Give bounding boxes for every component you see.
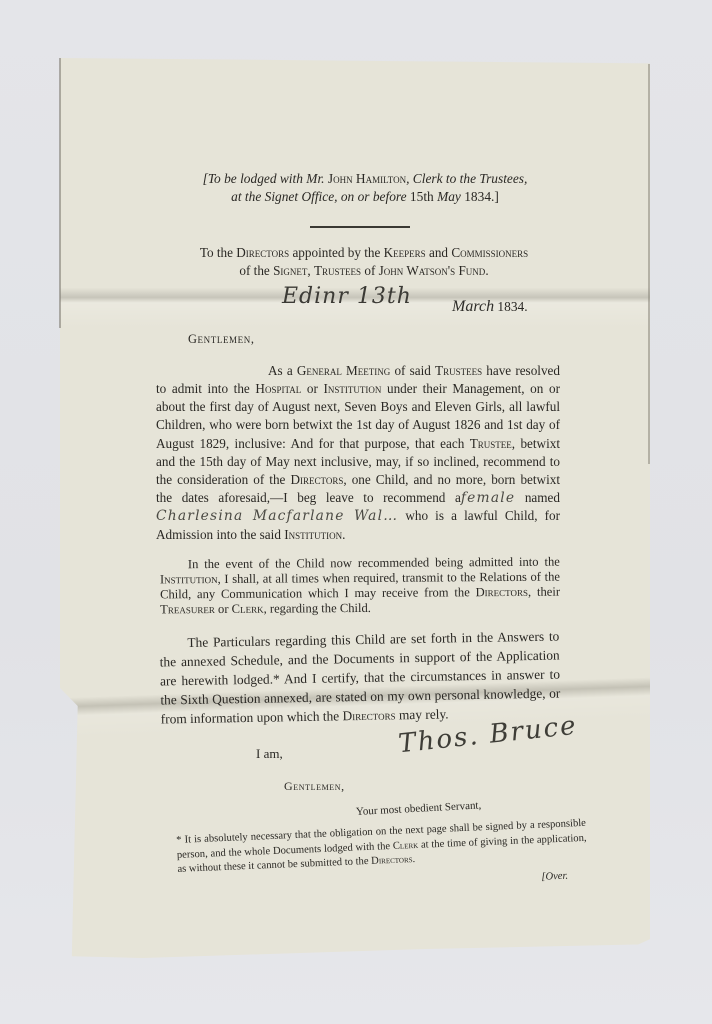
handwritten-child-name: Charlesina Macfarlane Wal…	[156, 508, 398, 524]
closing-servant: Your most obedient Servant,	[356, 792, 561, 821]
lodging-instruction: [To be lodged with Mr. John Hamilton, Cl…	[170, 170, 560, 206]
paper-edge-right	[648, 64, 650, 464]
clerk-name: John Hamilton	[328, 171, 406, 186]
handwritten-date: Edinr 13th	[282, 288, 412, 306]
printed-date: March 1834.	[452, 298, 528, 316]
divider-rule	[310, 226, 410, 228]
addressee: To the Directors appointed by the Keeper…	[168, 244, 560, 280]
paragraph-certification: The Particulars regarding this Child are…	[159, 626, 561, 728]
paper-edge-left	[59, 58, 61, 328]
salutation: Gentlemen,	[188, 330, 560, 348]
dateline: Edinr 13th March 1834.	[160, 294, 560, 330]
handwritten-gender: female	[461, 490, 515, 506]
closing-gentlemen: Gentlemen,	[284, 777, 560, 795]
paragraph-communication: In the event of the Child now recommende…	[160, 554, 560, 617]
paragraph-admission: As a General Meeting of said Trustees ha…	[156, 362, 560, 544]
